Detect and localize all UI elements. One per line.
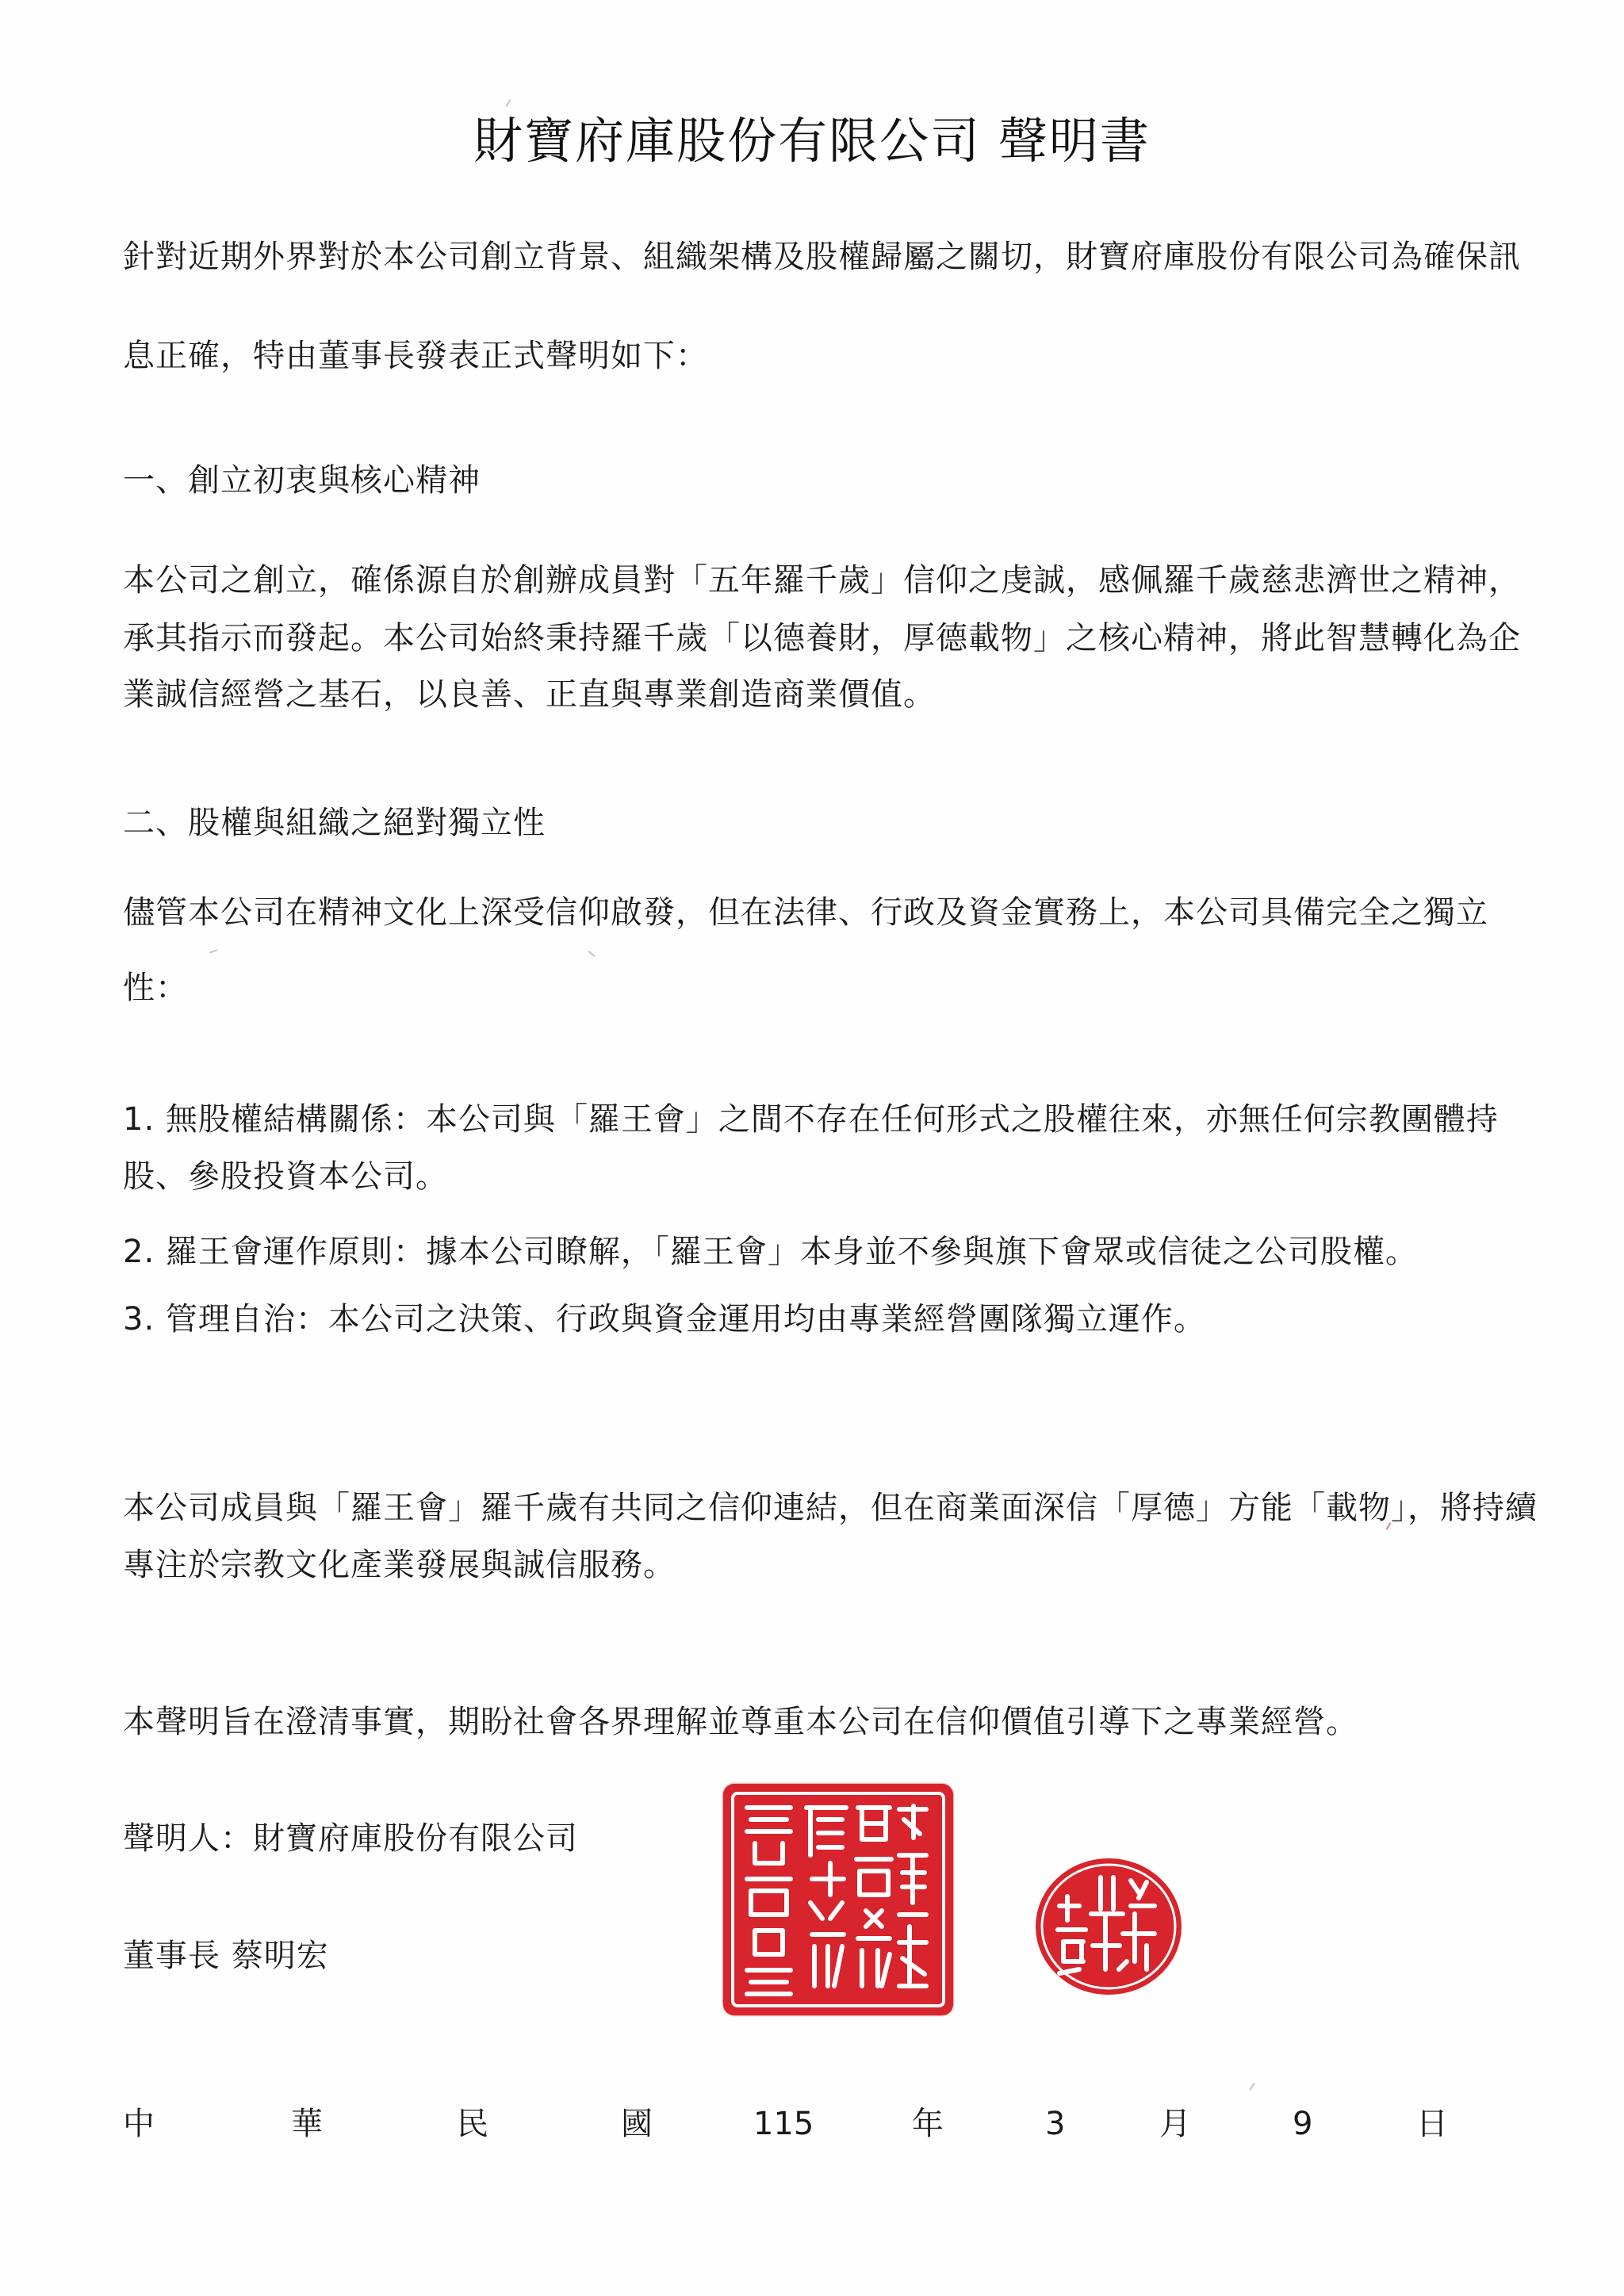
section-1-paragraph-line: 承其指示而發起。本公司始終秉持羅千歲「以德養財，厚德載物」之核心精神，將此智慧轉… — [123, 619, 1521, 657]
scan-speck — [1250, 2083, 1255, 2091]
scan-speck — [588, 951, 596, 957]
declarant-line: 聲明人：財寶府庫股份有限公司 — [123, 1820, 578, 1858]
document-title: 財寶府庫股份有限公司 聲明書 — [0, 111, 1624, 171]
section-1-heading: 一、創立初衷與核心精神 — [123, 461, 481, 499]
list-item-2-line: 2. 羅王會運作原則：據本公司瞭解，「羅王會」本身並不參與旗下會眾或信徒之公司股… — [123, 1233, 1418, 1271]
date-part: 中 — [123, 2105, 155, 2143]
closing-paragraph-line: 專注於宗教文化產業發展與誠信服務。 — [123, 1546, 676, 1584]
date-part: 日 — [1416, 2105, 1448, 2143]
company-seal-stamp — [723, 1784, 953, 2015]
date-part: 月 — [1159, 2105, 1191, 2143]
intro-line-1: 針對近期外界對於本公司創立背景、組織架構及股權歸屬之關切，財寶府庫股份有限公司為… — [123, 238, 1521, 276]
date-part: 國 — [621, 2105, 653, 2143]
section-1-paragraph-line: 業誠信經營之基石，以良善、正直與專業創造商業價值。 — [123, 675, 936, 714]
section-2-intro-line: 儘管本公司在精神文化上深受信仰啟發，但在法律、行政及資金實務上，本公司具備完全之… — [123, 894, 1488, 932]
list-item-1-line: 1. 無股權結構關係：本公司與「羅王會」之間不存在任何形式之股權往來，亦無任何宗… — [123, 1100, 1499, 1138]
scan-speck — [506, 99, 511, 107]
date-day-value: 9 — [1293, 2105, 1312, 2143]
section-2-intro-line: 性： — [123, 969, 188, 1007]
personal-seal-stamp — [1036, 1858, 1182, 1995]
closing-paragraph-line: 本公司成員與「羅王會」羅千歲有共同之信仰連結，但在商業面深信「厚德」方能「載物」… — [123, 1489, 1538, 1527]
date-line: 中 華 民 國 115 年 3 月 9 日 — [0, 2105, 1624, 2152]
date-part: 年 — [912, 2105, 944, 2143]
date-part: 華 — [291, 2105, 323, 2143]
intro-line-2: 息正確，特由董事長發表正式聲明如下： — [123, 337, 708, 375]
statement-page: 財寶府庫股份有限公司 聲明書 針對近期外界對於本公司創立背景、組織架構及股權歸屬… — [0, 0, 1624, 2296]
date-year-value: 115 — [753, 2105, 814, 2143]
scan-speck — [209, 949, 217, 953]
section-1-paragraph-line: 本公司之創立，確係源自於創辦成員對「五年羅千歲」信仰之虔誠，感佩羅千歲慈悲濟世之… — [123, 561, 1521, 599]
section-2-heading: 二、股權與組織之絕對獨立性 — [123, 804, 546, 842]
purpose-statement: 本聲明旨在澄清事實，期盼社會各界理解並尊重本公司在信仰價值引導下之專業經營。 — [123, 1703, 1358, 1741]
date-month-value: 3 — [1045, 2105, 1065, 2143]
list-item-3-line: 3. 管理自治：本公司之決策、行政與資金運用均由專業經營團隊獨立運作。 — [123, 1300, 1206, 1338]
list-item-1-line: 股、參股投資本公司。 — [123, 1158, 448, 1196]
date-part: 民 — [457, 2105, 488, 2143]
chairman-line: 董事長 蔡明宏 — [123, 1937, 329, 1975]
